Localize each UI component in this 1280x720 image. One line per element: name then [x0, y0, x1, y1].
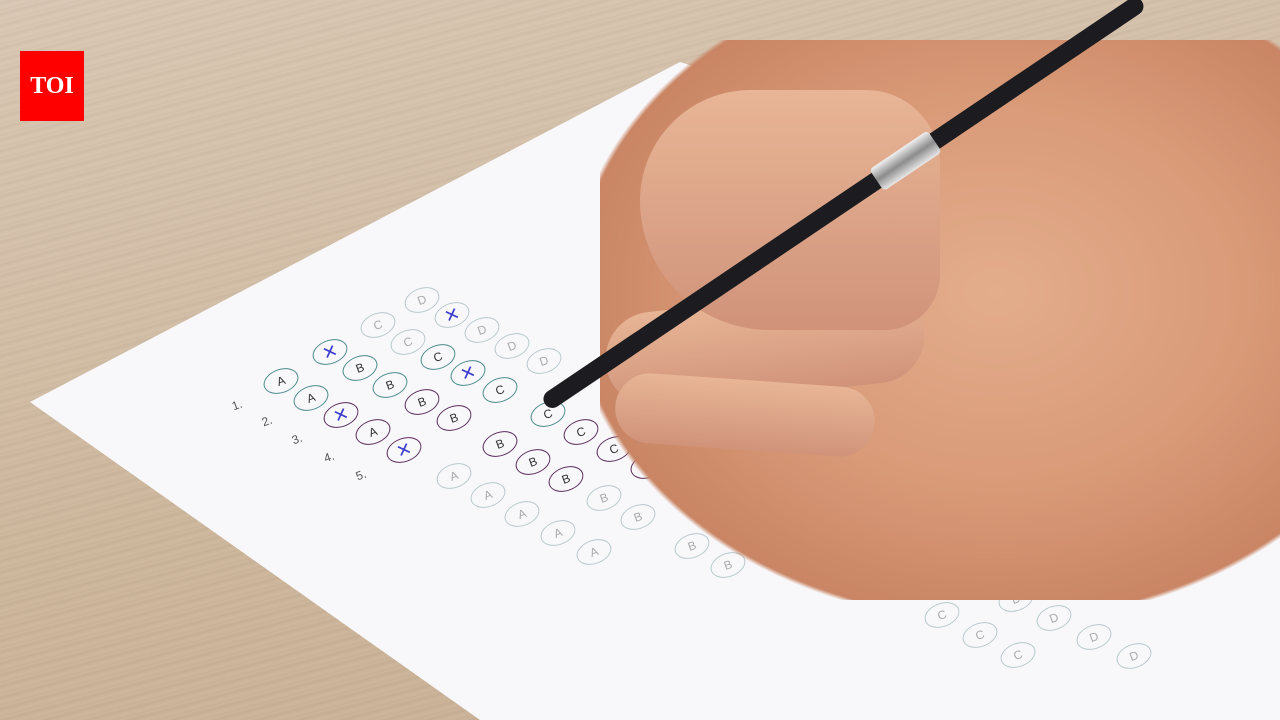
bubble-b: B — [545, 462, 587, 497]
bubble-c: C — [921, 598, 963, 633]
bubble-d: D — [1073, 620, 1115, 655]
bubble-b: B — [512, 445, 554, 480]
row-number: 5. — [354, 467, 368, 484]
row-number: 4. — [322, 449, 336, 466]
row-number: 1. — [230, 397, 244, 414]
bubble-d: D — [523, 344, 565, 379]
bubble-marked — [320, 398, 362, 433]
bubble-a: A — [433, 459, 475, 494]
bubble-b: B — [433, 401, 475, 436]
bubble-d: D — [491, 329, 533, 364]
bubble-a: A — [537, 516, 579, 551]
bubble-b: B — [369, 368, 411, 403]
bubble-a: A — [501, 497, 543, 532]
bubble-b: B — [401, 385, 443, 420]
bubble-a: A — [352, 415, 394, 450]
bubble-d: D — [1113, 639, 1155, 674]
bubble-marked — [383, 433, 425, 468]
bubble-marked — [447, 356, 489, 391]
bubble-b: B — [479, 427, 521, 462]
bubble-c: C — [997, 638, 1039, 673]
bubble-c: C — [479, 373, 521, 408]
bubble-c: C — [959, 618, 1001, 653]
row-number: 2. — [260, 413, 274, 430]
bubble-c: C — [560, 415, 602, 450]
row-number: 3. — [290, 431, 304, 448]
knuckles — [640, 90, 940, 330]
bubble-d: D — [1033, 601, 1075, 636]
bubble-a: A — [467, 478, 509, 513]
toi-logo: TOI — [20, 51, 84, 121]
